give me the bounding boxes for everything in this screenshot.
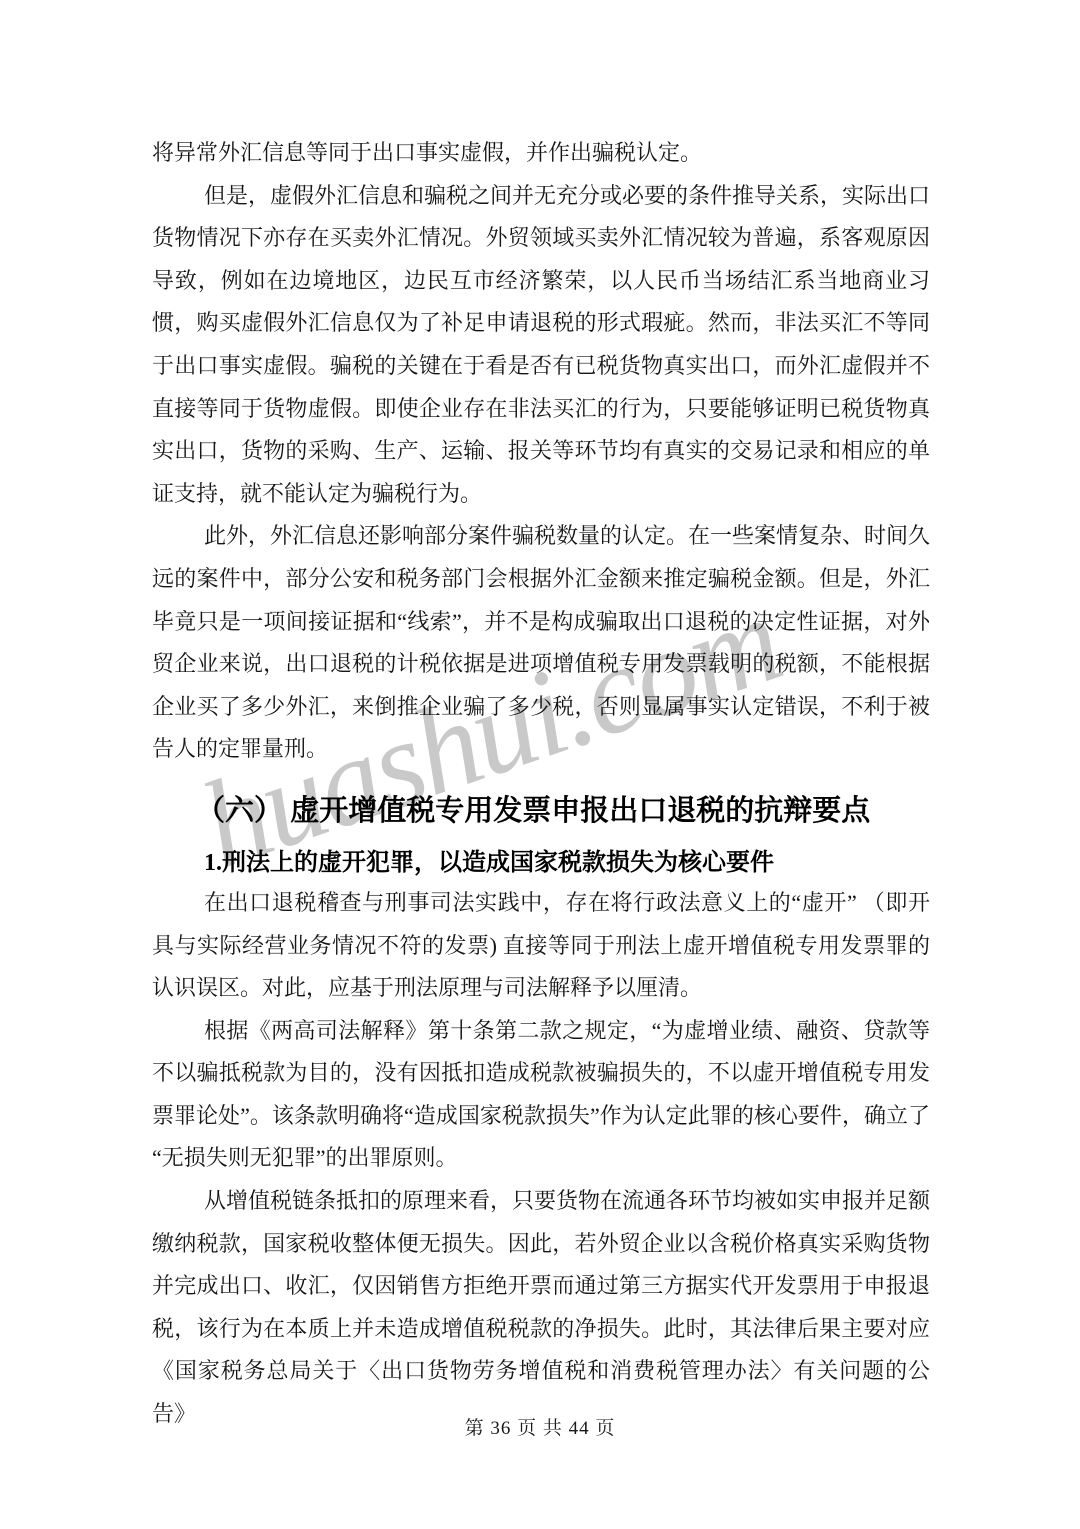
paragraph: 此外，外汇信息还影响部分案件骗税数量的认定。在一些案情复杂、时间久远的案件中，部… — [152, 515, 930, 771]
page-footer: 第 36 页 共 44 页 — [0, 1414, 1080, 1444]
sub-heading: 1.刑法上的虚开犯罪，以造成国家税款损失为核心要件 — [204, 844, 930, 882]
paragraph: 但是，虚假外汇信息和骗税之间并无充分或必要的条件推导关系，实际出口货物情况下亦存… — [152, 175, 930, 516]
paragraph: 在出口退税稽查与刑事司法实践中，存在将行政法意义上的“虚开” （即开具与实际经营… — [152, 882, 930, 1010]
document-page: huashui.com 将异常外汇信息等同于出口事实虚假，并作出骗税认定。 但是… — [0, 0, 1080, 1529]
section-heading: （六） 虚开增值税专用发票申报出口退税的抗辩要点 — [196, 788, 930, 834]
paragraph: 根据《两高司法解释》第十条第二款之规定，“为虚增业绩、融资、贷款等不以骗抵税款为… — [152, 1010, 930, 1180]
paragraph: 从增值税链条抵扣的原理来看，只要货物在流通各环节均被如实申报并足额缴纳税款，国家… — [152, 1180, 930, 1436]
document-content: 将异常外汇信息等同于出口事实虚假，并作出骗税认定。 但是，虚假外汇信息和骗税之间… — [152, 132, 930, 1436]
paragraph-continuation: 将异常外汇信息等同于出口事实虚假，并作出骗税认定。 — [152, 132, 930, 175]
page-number-label: 第 36 页 共 44 页 — [465, 1418, 616, 1439]
